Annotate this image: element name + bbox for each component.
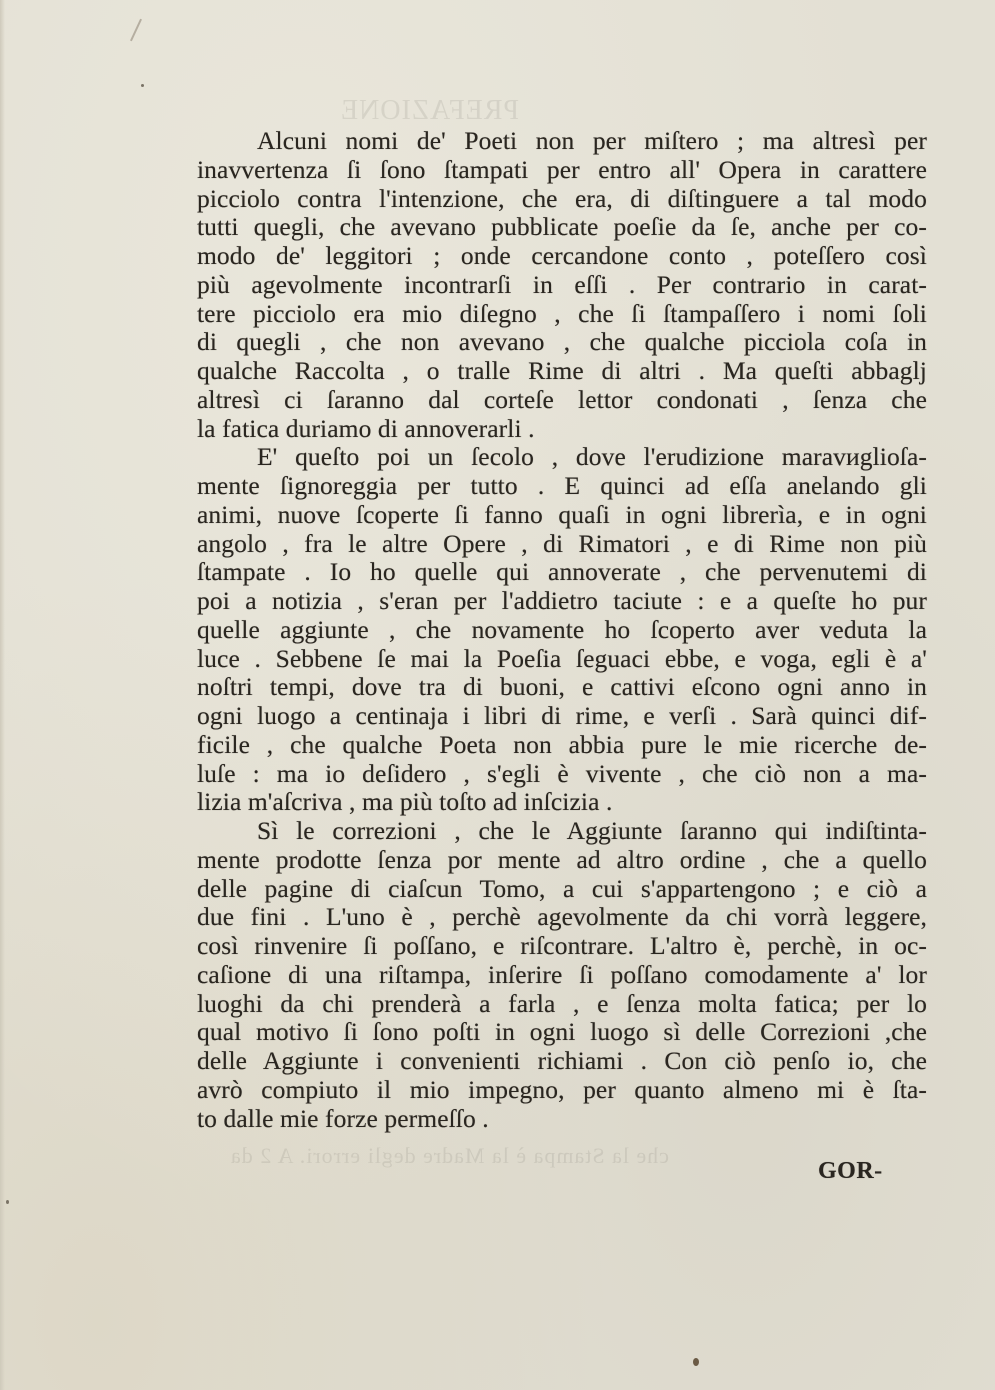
text-line: altresì ci ſaranno dal corteſe lettor co…	[197, 386, 927, 415]
text-line: noſtri tempi, dove tra di buoni, e catti…	[197, 673, 927, 702]
text-line: più agevolmente incontrarſi in eſſi . Pe…	[197, 271, 927, 300]
catchword: GOR-	[818, 1158, 883, 1185]
bleed-through-text: PREFAZIONE	[340, 95, 519, 127]
text-line: ogni luogo a centinaja i libri di rime, …	[197, 702, 927, 731]
text-line: luſe : ma io deſidero , s'egli è vivente…	[197, 760, 927, 789]
book-page: PREFAZIONE che la Stampa è la Madre degl…	[0, 0, 995, 1390]
text-line: inavvertenza ſi ſono ſtampati per entro …	[197, 156, 927, 185]
paper-speck	[6, 1200, 9, 1204]
text-line: qualche Raccolta , o tralle Rime di altr…	[197, 357, 927, 386]
text-line: delle pagine di ciaſcun Tomo, a cui s'ap…	[197, 875, 927, 904]
text-line: due fini . L'uno è , perchè agevolmente …	[197, 903, 927, 932]
text-line: angolo , fra le altre Opere , di Rimator…	[197, 530, 927, 559]
text-line: Alcuni nomi de' Poeti non per miſtero ; …	[197, 127, 927, 156]
text-line: Sì le correzioni , che le Aggiunte ſaran…	[197, 817, 927, 846]
text-line: picciolo contra l'intenzione, che era, d…	[197, 185, 927, 214]
text-line: di quegli , che non avevano , che qualch…	[197, 328, 927, 357]
text-line: poi a notizia , s'eran per l'addietro ta…	[197, 587, 927, 616]
text-line: delle Aggiunte i convenienti richiami . …	[197, 1047, 927, 1076]
text-line: la fatica duriamo di annoverarli .	[197, 415, 927, 444]
text-line: avrò compiuto il mio impegno, per quanto…	[197, 1076, 927, 1105]
text-line: luce . Sebbene ſe mai la Poeſia ſeguaci …	[197, 645, 927, 674]
text-line: modo de' leggitori ; onde cercandone con…	[197, 242, 927, 271]
text-line: caſione di una riſtampa, inſerire ſi poſ…	[197, 961, 927, 990]
text-line: to dalle mie forze permeſſo .	[197, 1105, 927, 1134]
body-text: Alcuni nomi de' Poeti non per miſtero ; …	[197, 127, 927, 1133]
text-line: tutti quegli, che avevano pubblicate poe…	[197, 213, 927, 242]
paper-scratch	[130, 19, 142, 42]
text-line: E' queſto poi un ſecolo , dove l'erudizi…	[197, 443, 927, 472]
text-line: ficile , che qualche Poeta non abbia pur…	[197, 731, 927, 760]
paper-speck	[141, 84, 144, 87]
text-line: mente ſignoreggia per tutto . E quinci a…	[197, 472, 927, 501]
bleed-through-text: che la Stampa è la Madre degli errori. A…	[230, 1143, 669, 1169]
text-line: tere picciolo era mio diſegno , che ſi ſ…	[197, 300, 927, 329]
text-line: quelle aggiunte , che novamente ho ſcope…	[197, 616, 927, 645]
text-line: ſtampate . Io ho quelle qui annoverate ,…	[197, 558, 927, 587]
text-line: animi, nuove ſcoperte ſi fanno quaſi in …	[197, 501, 927, 530]
text-line: luoghi da chi prenderà a farla , e ſenza…	[197, 990, 927, 1019]
paper-speck	[693, 1358, 699, 1366]
text-line: qual motivo ſi ſono poſti in ogni luogo …	[197, 1018, 927, 1047]
page-edge-shadow	[0, 0, 5, 1390]
text-line: così rinvenire ſi poſſano, e riſcontrare…	[197, 932, 927, 961]
text-line: mente prodotte ſenza por mente ad altro …	[197, 846, 927, 875]
text-line: lizia m'aſcriva , ma più toſto ad inſciz…	[197, 788, 927, 817]
